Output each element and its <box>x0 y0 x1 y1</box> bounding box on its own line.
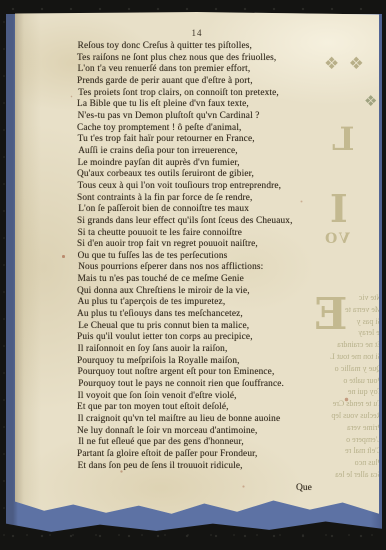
poem-text-block: Reſous toy donc Creſus à quitter tes piſ… <box>77 41 293 472</box>
poem-line: Il craignoit qu'vn tel maiſtre au lieu d… <box>78 414 293 426</box>
bleedthrough-ghost-letter: VO <box>323 231 350 247</box>
bleedthrough-ghost-letter: I <box>330 186 348 231</box>
bleedthrough-fleuron-ornament-icon: ❖ ❖ <box>324 54 366 74</box>
poem-line: Mais tu n'es pas touché de ce meſme Geni… <box>78 274 293 286</box>
poem-line: Pourquoy tout le pays ne connoit rien qu… <box>78 379 292 391</box>
poem-line: Ne luy donnaſt le ſoir vn morceau d'anti… <box>77 426 293 438</box>
poem-line: Reſous toy donc Creſus à quitter tes piſ… <box>78 41 293 53</box>
poem-line: Il voyoit que ſon ſoin venoit d'eſtre vi… <box>78 391 293 403</box>
poem-line: L'on t'a veu renuerſé dans ton premier e… <box>78 64 293 76</box>
poem-line: Partant ſa gloire eſtoit de paſſer pour … <box>77 449 293 461</box>
bleedthrough-ghost-letter: L <box>332 120 355 158</box>
poem-line: Tu t'es trop fait haïr pour retourner en… <box>78 134 293 146</box>
bleedthrough-fleuron-ornament-icon: ❖ <box>364 92 377 110</box>
poem-line: Sont contraints à la fin par force de ſe… <box>77 193 293 205</box>
poem-line: L'on ſe paſſeroit bien de connoiſtre tes… <box>78 204 292 216</box>
poem-line: Et que par ton moyen tout eſtoit deſolé, <box>77 402 293 414</box>
poem-line: Le moindre payſan dit auprès d'vn fumier… <box>78 158 293 170</box>
poem-line: Et dans ſon peu de ſens il trouuoit ridi… <box>78 461 293 473</box>
poem-line: Le Cheual que tu pris connut bien ta mal… <box>78 321 292 333</box>
poem-line: Tes proiets ſont trop clairs, on connoiſ… <box>78 88 292 100</box>
poem-line: Si grands dans leur effect qu'ils ſont ſ… <box>77 216 293 228</box>
poem-line: Au plus tu t'aperçois de tes impuretez, <box>78 297 293 309</box>
poem-line: Qui donna aux Chreſtiens le miroir de la… <box>77 286 293 298</box>
poem-line: Prends garde de perir auant que d'eſtre … <box>77 76 293 88</box>
poem-line: Il ne fut eſleué que par des gens d'honn… <box>78 437 292 449</box>
poem-line: Si d'en auoir trop fait vn regret pouuoi… <box>77 239 293 251</box>
poem-line: Cache toy promptement ! ô peſte d'animal… <box>77 123 293 135</box>
poem-line: La Bible que tu lis eſt pleine d'vn faux… <box>77 99 293 111</box>
poem-line: Ou que tu fuſſes las de tes perſecutions <box>78 251 293 263</box>
foxing-stains <box>62 255 65 258</box>
catchword: Que <box>296 483 312 493</box>
book-page: ❖ ❖ ❖ L I VO E Nte vicMe verra teSi pas … <box>15 12 379 524</box>
poem-line: Auſſi ie crains deſia pour ton irreueren… <box>78 146 292 158</box>
poem-line: N'es-tu pas vn Demon pluſtoſt qu'vn Card… <box>78 111 293 123</box>
poem-line: Au plus tu t'eſiouys dans tes meſchancet… <box>77 309 293 321</box>
poem-line: Il raiſonnoit en ſoy ſans auoir la raiſo… <box>78 344 293 356</box>
poem-line: Nous pourrions eſperer dans nos nos affl… <box>78 262 292 274</box>
poem-line: Pourquoy tu meſpriſois la Royalle maiſon… <box>77 356 293 368</box>
poem-line: Tes raiſons ne ſont plus chez nous que d… <box>77 53 293 65</box>
poem-line: Qu'aux corbeaux tes outils ſeruiront de … <box>77 169 293 181</box>
poem-line: Puis qu'il voulut ietter ton corps au pr… <box>77 332 293 344</box>
poem-line: Si ta cheutte pouuoit te les faire conno… <box>78 228 293 240</box>
poem-line: Tous ceux à qui l'on voit touſiours trop… <box>78 181 293 193</box>
page-number: 14 <box>185 28 209 38</box>
photographed-book-page: ❖ ❖ ❖ L I VO E Nte vicMe verra teSi pas … <box>0 0 386 550</box>
poem-line: Pourquoy tout noſtre argent eſt pour ton… <box>78 367 293 379</box>
